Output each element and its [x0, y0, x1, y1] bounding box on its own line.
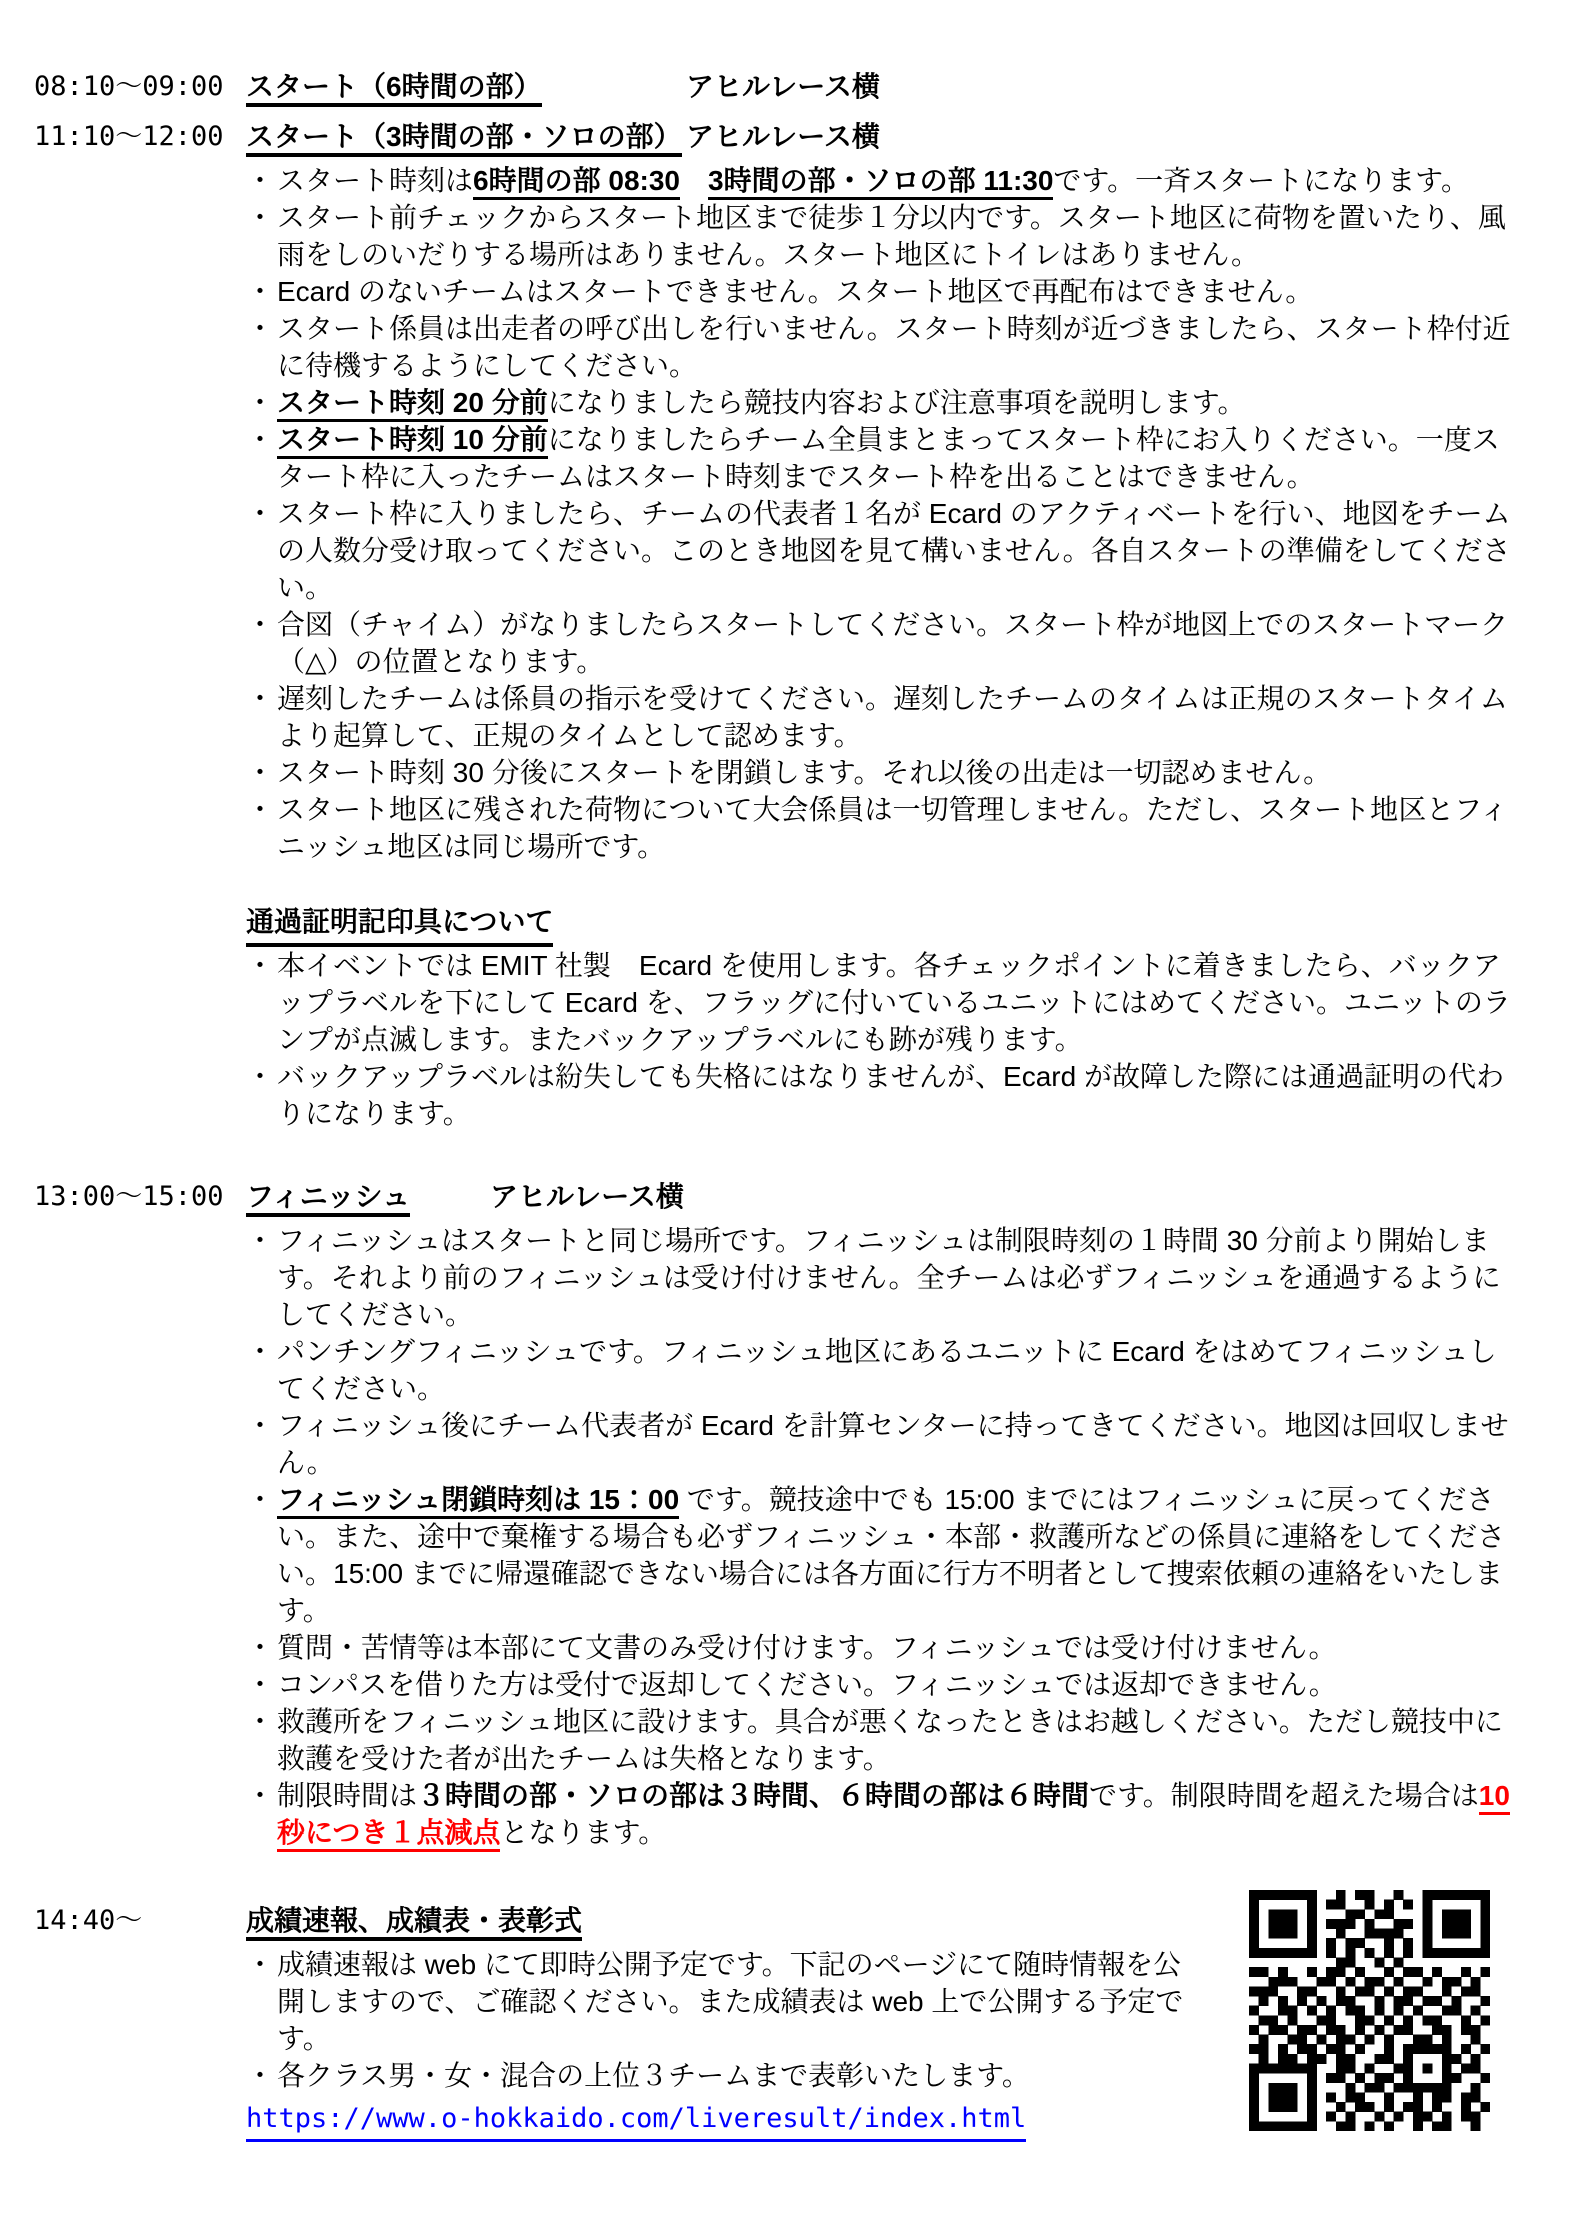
section-results: 14:40～成績速報、成績表・表彰式・成績速報は web にて即時公開予定です。… — [34, 1896, 1546, 2142]
list-item: ・質問・苦情等は本部にて文書のみ受け付けます。フィニッシュでは受け付けません。 — [246, 1629, 1516, 1666]
text-segment: 遅刻したチームは係員の指示を受けてください。遅刻したチームのタイムは正規のスター… — [277, 683, 1508, 751]
text-segment: フィニッシュはスタートと同じ場所です。フィニッシュは制限時刻の１時間 30 分前… — [277, 1225, 1501, 1330]
bullet-marker: ・ — [246, 273, 277, 310]
list-item: ・バックアップラベルは紛失しても失格にはなりませんが、Ecard が故障した際に… — [246, 1058, 1516, 1132]
text-segment: バックアップラベルは紛失しても失格にはなりませんが、Ecard が故障した際には… — [277, 1061, 1504, 1129]
title-wrap: スタート（6時間の部） — [246, 62, 686, 112]
text-segment: 質問・苦情等は本部にて文書のみ受け付けます。フィニッシュでは受け付けません。 — [277, 1632, 1337, 1663]
bullet-marker: ・ — [246, 1946, 277, 1983]
bullet-list: ・成績速報は web にて即時公開予定です。下記のページにて随時情報を公開します… — [246, 1946, 1196, 2094]
section-start: 08:10～09:00スタート（6時間の部）アヒルレース横11:10～12:00… — [34, 62, 1546, 865]
bullet-marker: ・ — [246, 2057, 277, 2094]
list-item: ・フィニッシュはスタートと同じ場所です。フィニッシュは制限時刻の１時間 30 分… — [246, 1222, 1516, 1333]
text-segment: 各クラス男・女・混合の上位３チームまで表彰いたします。 — [277, 2060, 1030, 2091]
qr-code-image — [1249, 1890, 1490, 2131]
bullet-list: ・フィニッシュはスタートと同じ場所です。フィニッシュは制限時刻の１時間 30 分… — [246, 1222, 1516, 1851]
list-item: ・スタート枠に入りましたら、チームの代表者１名が Ecard のアクティベートを… — [246, 495, 1516, 606]
text-segment: です。制限時間を超えた場合は — [1089, 1780, 1479, 1811]
text-segment: コンパスを借りた方は受付で返却してください。フィニッシュでは返却できません。 — [277, 1669, 1337, 1700]
section-title: スタート（3時間の部・ソロの部） — [246, 121, 682, 157]
list-item: ・救護所をフィニッシュ地区に設けます。具合が悪くなったときはお越しください。ただ… — [246, 1703, 1516, 1777]
list-item: ・スタート時刻は6時間の部 08:30 3時間の部・ソロの部 11:30です。一… — [246, 162, 1516, 199]
title-wrap: フィニッシュ — [246, 1172, 490, 1222]
text-segment: 6時間の部 08:30 — [473, 165, 680, 200]
section-finish: 13:00～15:00フィニッシュアヒルレース横・フィニッシュはスタートと同じ場… — [34, 1172, 1546, 1851]
bullets-row: ・スタート時刻は6時間の部 08:30 3時間の部・ソロの部 11:30です。一… — [34, 162, 1546, 865]
list-item: ・スタート前チェックからスタート地区まで徒歩１分以内です。スタート地区に荷物を置… — [246, 199, 1516, 273]
location-label: アヒルレース横 — [686, 112, 880, 162]
section-title: フィニッシュ — [246, 1181, 410, 1217]
text-segment: スタート枠に入りましたら、チームの代表者１名が Ecard のアクティベートを行… — [277, 498, 1511, 603]
text-segment: となります。 — [500, 1817, 666, 1848]
text-segment: 救護所をフィニッシュ地区に設けます。具合が悪くなったときはお越しください。ただし… — [277, 1706, 1503, 1774]
bullet-marker: ・ — [246, 680, 277, 717]
text-segment: スタート時刻 20 分前 — [277, 387, 548, 422]
bullet-list: ・本イベントでは EMIT 社製 Ecard を使用します。各チェックポイントに… — [246, 947, 1516, 1132]
bullet-marker: ・ — [246, 162, 277, 199]
bullet-marker: ・ — [246, 754, 277, 791]
list-item: ・スタート時刻 10 分前になりましたらチーム全員まとまってスタート枠にお入りく… — [246, 421, 1516, 495]
text-segment: 本イベントでは EMIT 社製 Ecard を使用します。各チェックポイントに着… — [277, 950, 1511, 1055]
list-item: ・Ecard のないチームはスタートできません。スタート地区で再配布はできません… — [246, 273, 1516, 310]
event-schedule-page: 08:10～09:00スタート（6時間の部）アヒルレース横11:10～12:00… — [0, 0, 1580, 2234]
bullet-marker: ・ — [246, 1629, 277, 1666]
list-item: ・各クラス男・女・混合の上位３チームまで表彰いたします。 — [246, 2057, 1196, 2094]
text-segment: スタート地区に残された荷物について大会係員は一切管理しません。ただし、スタート地… — [277, 794, 1508, 862]
list-item: ・フィニッシュ後にチーム代表者が Ecard を計算センターに持ってきてください… — [246, 1407, 1516, 1481]
qr-code — [1249, 1890, 1490, 2131]
text-segment: フィニッシュ後にチーム代表者が Ecard を計算センターに持ってきてください。… — [277, 1410, 1509, 1478]
text-segment: Ecard のないチームはスタートできません。スタート地区で再配布はできません。 — [277, 276, 1313, 307]
time-spacer — [34, 1946, 246, 2094]
text-segment: スタート時刻は — [277, 165, 473, 196]
list-item: ・スタート係員は出走者の呼び出しを行いません。スタート時刻が近づきましたら、スタ… — [246, 310, 1516, 384]
section-title: スタート（6時間の部） — [246, 71, 542, 107]
text-segment: 3時間の部・ソロの部 11:30 — [708, 165, 1053, 200]
list-item: ・本イベントでは EMIT 社製 Ecard を使用します。各チェックポイントに… — [246, 947, 1516, 1058]
list-item: ・スタート時刻 20 分前になりましたら競技内容および注意事項を説明します。 — [246, 384, 1516, 421]
bullet-list: ・スタート時刻は6時間の部 08:30 3時間の部・ソロの部 11:30です。一… — [246, 162, 1516, 865]
subsection-title: 通過証明記印具について — [246, 902, 553, 947]
subheading-row: 通過証明記印具について — [34, 902, 1546, 947]
text-segment: スタート前チェックからスタート地区まで徒歩１分以内です。スタート地区に荷物を置い… — [277, 202, 1506, 270]
time-label: 13:00～15:00 — [34, 1172, 246, 1222]
list-item: ・コンパスを借りた方は受付で返却してください。フィニッシュでは返却できません。 — [246, 1666, 1516, 1703]
bullet-marker: ・ — [246, 1481, 277, 1518]
section-title: 成績速報、成績表・表彰式 — [246, 1905, 582, 1941]
text-segment: 成績速報は web にて即時公開予定です。下記のページにて随時情報を公開しますの… — [277, 1949, 1183, 2054]
bullet-marker: ・ — [246, 1777, 277, 1814]
time-label: 11:10～12:00 — [34, 112, 246, 162]
time-spacer — [34, 947, 246, 1132]
list-item: ・成績速報は web にて即時公開予定です。下記のページにて随時情報を公開します… — [246, 1946, 1196, 2057]
text-segment — [680, 165, 708, 196]
bullet-marker: ・ — [246, 1666, 277, 1703]
header-row: 13:00～15:00フィニッシュアヒルレース横 — [34, 1172, 1546, 1222]
text-segment: 制限時間は — [277, 1780, 417, 1811]
location-label: アヒルレース横 — [686, 62, 880, 112]
list-item: ・遅刻したチームは係員の指示を受けてください。遅刻したチームのタイムは正規のスタ… — [246, 680, 1516, 754]
bullet-marker: ・ — [246, 1222, 277, 1259]
time-spacer — [34, 162, 246, 865]
bullet-marker: ・ — [246, 606, 277, 643]
list-item: ・スタート時刻 30 分後にスタートを閉鎖します。それ以後の出走は一切認めません… — [246, 754, 1516, 791]
text-segment: になりましたら競技内容および注意事項を説明します。 — [548, 387, 1246, 418]
bullet-marker: ・ — [246, 421, 277, 458]
section-punching: 通過証明記印具について・本イベントでは EMIT 社製 Ecard を使用します… — [34, 902, 1546, 1132]
title-wrap: 成績速報、成績表・表彰式 — [246, 1896, 582, 1946]
bullet-marker: ・ — [246, 199, 277, 236]
list-item: ・パンチングフィニッシュです。フィニッシュ地区にあるユニットに Ecard をは… — [246, 1333, 1516, 1407]
header-row: 08:10～09:00スタート（6時間の部）アヒルレース横 — [34, 62, 1546, 112]
bullets-row: ・フィニッシュはスタートと同じ場所です。フィニッシュは制限時刻の１時間 30 分… — [34, 1222, 1546, 1851]
bullet-marker: ・ — [246, 310, 277, 347]
list-item: ・スタート地区に残された荷物について大会係員は一切管理しません。ただし、スタート… — [246, 791, 1516, 865]
text-segment: スタート時刻 10 分前 — [277, 424, 548, 459]
results-link[interactable]: https://www.o-hokkaido.com/liveresult/in… — [246, 2100, 1026, 2142]
bullet-marker: ・ — [246, 1407, 277, 1444]
bullet-marker: ・ — [246, 495, 277, 532]
text-segment: ３時間の部・ソロの部は３時間、６時間の部は６時間 — [417, 1780, 1089, 1811]
list-item: ・制限時間は３時間の部・ソロの部は３時間、６時間の部は６時間です。制限時間を超え… — [246, 1777, 1516, 1851]
bullet-marker: ・ — [246, 947, 277, 984]
time-label: 14:40～ — [34, 1896, 246, 1946]
text-segment: 合図（チャイム）がなりましたらスタートしてください。スタート枠が地図上でのスター… — [277, 609, 1508, 677]
text-segment: スタート時刻 30 分後にスタートを閉鎖します。それ以後の出走は一切認めません。 — [277, 757, 1331, 788]
time-label: 08:10～09:00 — [34, 62, 246, 112]
text-segment: パンチングフィニッシュです。フィニッシュ地区にあるユニットに Ecard をはめ… — [277, 1336, 1497, 1404]
list-item: ・合図（チャイム）がなりましたらスタートしてください。スタート枠が地図上でのスタ… — [246, 606, 1516, 680]
time-spacer — [34, 2100, 246, 2142]
bullets-row: ・本イベントでは EMIT 社製 Ecard を使用します。各チェックポイントに… — [34, 947, 1546, 1132]
bullet-marker: ・ — [246, 791, 277, 828]
bullet-marker: ・ — [246, 1058, 277, 1095]
list-item: ・フィニッシュ閉鎖時刻は 15：00 です。競技途中でも 15:00 までにはフ… — [246, 1481, 1516, 1629]
title-wrap: スタート（3時間の部・ソロの部） — [246, 112, 686, 162]
text-segment: フィニッシュ閉鎖時刻は 15：00 — [277, 1484, 679, 1519]
bullet-marker: ・ — [246, 1703, 277, 1740]
bullet-marker: ・ — [246, 1333, 277, 1370]
location-label: アヒルレース横 — [490, 1172, 684, 1222]
time-spacer — [34, 1222, 246, 1851]
text-segment: です。一斉スタートになります。 — [1053, 165, 1469, 196]
bullet-marker: ・ — [246, 384, 277, 421]
text-segment: スタート係員は出走者の呼び出しを行いません。スタート時刻が近づきましたら、スター… — [277, 313, 1511, 381]
header-row: 11:10～12:00スタート（3時間の部・ソロの部）アヒルレース横 — [34, 112, 1546, 162]
